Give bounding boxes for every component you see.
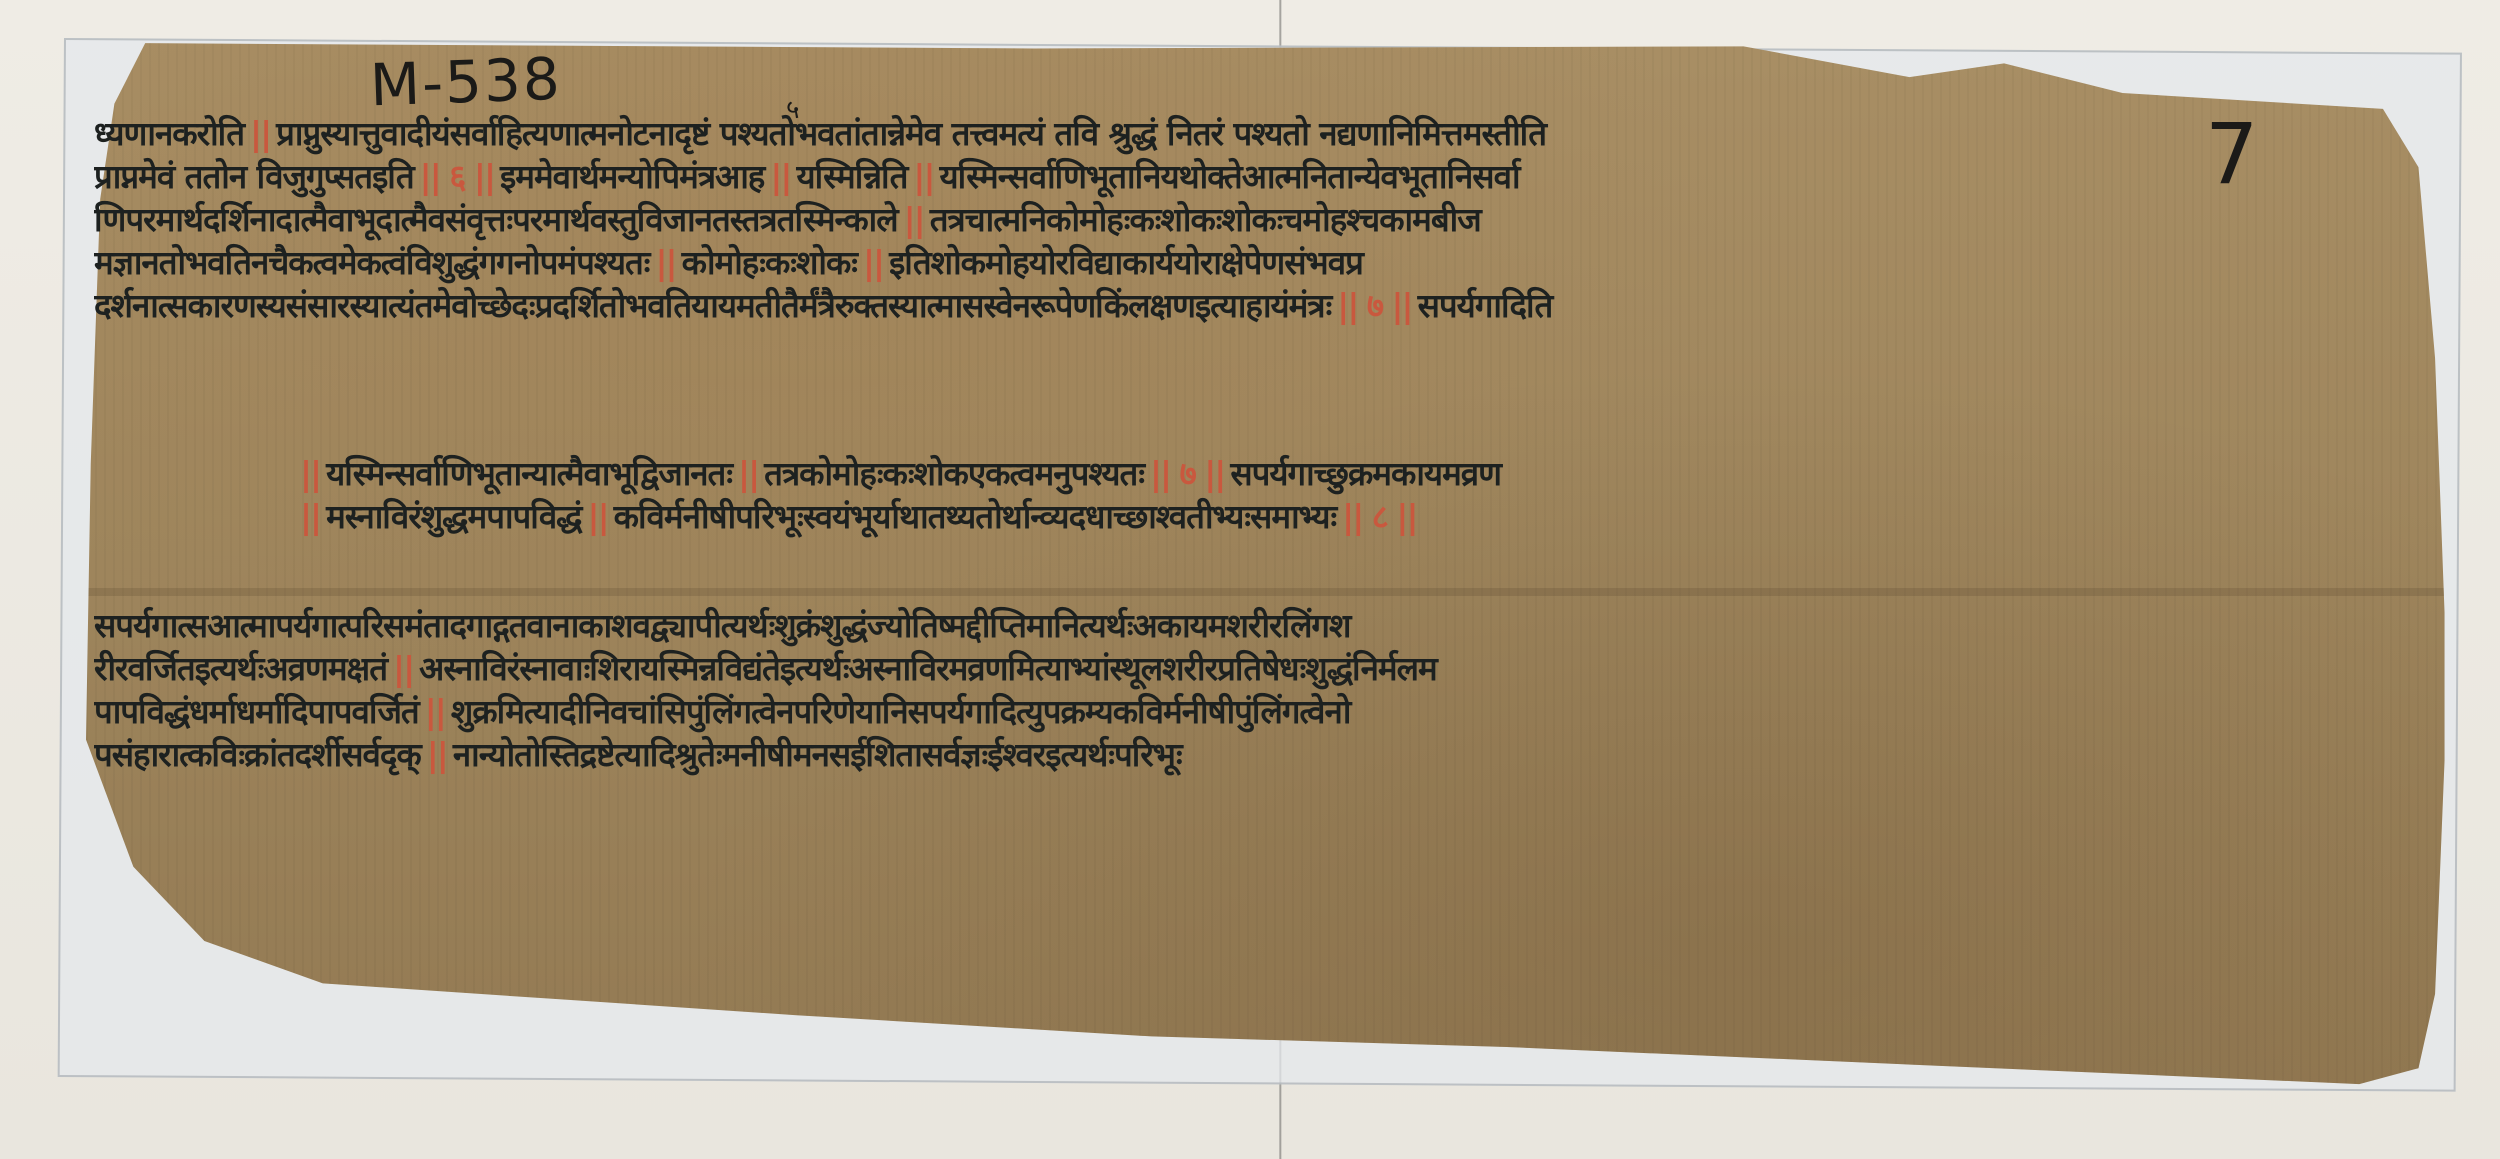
danda-marker: ||	[425, 690, 445, 733]
manuscript-line: णिपरमार्थदर्शिनादात्मैवाभूदात्मैवसंवृत्त…	[94, 198, 2424, 241]
text-segment: मज्ञानतोभवतिनचैकत्वमेकत्वंविशुद्धंगगनोपम…	[94, 243, 649, 282]
manuscript-line: ||मस्नाविरंशुद्धमपापविद्धं||कविर्मनीषीपर…	[94, 495, 2424, 538]
danda-marker: || ७ ||	[1337, 284, 1411, 327]
danda-marker: ||	[738, 452, 758, 495]
text-segment: नान्योतोस्तिद्रष्टेत्यादिश्रुतेःमनीषीमनस…	[453, 735, 1182, 774]
danda-marker: ||	[913, 155, 933, 198]
manuscript-line: सपर्यगात्सआत्मापर्यगात्परिसमंतादगाद्गतवा…	[94, 604, 2424, 647]
manuscript-line: पसंहारात्कविःक्रांतदर्शीसर्वदृक्||नान्यो…	[94, 733, 2424, 776]
danda-marker: ||	[655, 241, 675, 284]
text-segment: पसंहारात्कविःक्रांतदर्शीसर्वदृक्	[94, 735, 421, 774]
danda-marker: ||	[863, 241, 883, 284]
manuscript-line: दर्शनात्सकारणस्यसंसारस्यात्यंतमेवोच्छेदः…	[94, 284, 2424, 327]
danda-marker: || ८ ||	[1342, 495, 1416, 538]
manuscript-line: प्राप्नमेवं ततोन विजुगुप्सतइति|| ६ ||इमम…	[94, 155, 2424, 198]
danda-marker: || ७ ||	[1150, 452, 1224, 495]
text-segment: सपर्यगात्सआत्मापर्यगात्परिसमंतादगाद्गतवा…	[94, 606, 1350, 645]
danda-marker: ||	[588, 495, 608, 538]
danda-marker: ||	[904, 198, 924, 241]
text-segment: शुक्रमित्यादीनिवचांसिपुंलिंगत्वेनपरिणेया…	[451, 692, 1351, 731]
text-segment: यस्मिन्सर्वाणिभूतानियथोक्तेआत्मनितान्येव…	[940, 157, 1520, 196]
verse-text-block: ||यस्मिन्सर्वाणिभूतान्यात्मैवाभूद्विजानत…	[94, 452, 2424, 538]
catalog-label: M-538	[369, 45, 563, 120]
text-segment: कोमोहःकःशोकः	[682, 243, 857, 282]
text-segment: सपर्यगादिति	[1418, 286, 1553, 325]
text-segment: पापविद्धंधर्माधर्मादिपापवर्जितं	[94, 692, 419, 731]
danda-marker: ||	[427, 733, 447, 776]
text-segment: ध्यणानकरोति	[94, 114, 244, 153]
manuscript-line: रीरवर्जितइत्यर्थःअव्रणमक्षतं||अस्नाविरंस…	[94, 647, 2424, 690]
manuscript-line: पापविद्धंधर्माधर्मादिपापवर्जितं||शुक्रमि…	[94, 690, 2424, 733]
lower-text-block: सपर्यगात्सआत्मापर्यगात्परिसमंतादगाद्गतवा…	[94, 604, 2424, 776]
danda-marker: ||	[300, 452, 320, 495]
danda-marker: ||	[770, 155, 790, 198]
text-segment: मस्नाविरंशुद्धमपापविद्धं	[326, 497, 581, 536]
fold-shadow	[86, 588, 2454, 596]
text-segment: यस्मिन्निति	[796, 157, 907, 196]
text-segment: प्राप्नुस्यात्तुवादीयंसर्वाहित्यणात्मनोट…	[276, 114, 1546, 153]
text-segment: कविर्मनीषीपरिभूःस्वयंभूर्याथातथ्यतोर्थान…	[614, 497, 1337, 536]
text-segment: रीरवर्जितइत्यर्थःअव्रणमक्षतं	[94, 649, 387, 688]
manuscript-line: ध्यणानकरोति||प्राप्नुस्यात्तुवादीयंसर्वा…	[94, 112, 2424, 155]
danda-marker: ||	[393, 647, 413, 690]
text-segment: इममेवार्थमन्योपिमंत्रआह	[500, 157, 764, 196]
text-segment: तत्रकोमोहःकःशोकएकत्वमनुपश्यतः	[764, 454, 1144, 493]
text-segment: यस्मिन्सर्वाणिभूतान्यात्मैवाभूद्विजानतः	[326, 454, 732, 493]
upper-text-block: ध्यणानकरोति||प्राप्नुस्यात्तुवादीयंसर्वा…	[94, 112, 2424, 327]
text-segment: णिपरमार्थदर्शिनादात्मैवाभूदात्मैवसंवृत्त…	[94, 200, 898, 239]
manuscript-line: मज्ञानतोभवतिनचैकत्वमेकत्वंविशुद्धंगगनोपम…	[94, 241, 2424, 284]
danda-marker: ||	[250, 112, 270, 155]
text-segment: प्राप्नमेवं ततोन विजुगुप्सतइति	[94, 157, 414, 196]
text-segment: तत्रचात्मनिकोमोहःकःशोकःशोकःचमोहश्चकामबीज	[930, 200, 1481, 239]
text-segment: दर्शनात्सकारणस्यसंसारस्यात्यंतमेवोच्छेदः…	[94, 286, 1331, 325]
danda-marker: || ६ ||	[420, 155, 494, 198]
text-segment: सपर्यगाच्छुक्रमकायमव्रण	[1230, 454, 1501, 493]
text-segment: अस्नाविरंस्नावाःशिरायस्मिन्नविद्यंतेइत्य…	[419, 649, 1437, 688]
danda-marker: ||	[300, 495, 320, 538]
manuscript-line: ||यस्मिन्सर्वाणिभूतान्यात्मैवाभूद्विजानत…	[94, 452, 2424, 495]
text-segment: इतिशोकमोहयोरविद्याकार्ययोराक्षेपेणसंभवप्…	[889, 243, 1363, 282]
